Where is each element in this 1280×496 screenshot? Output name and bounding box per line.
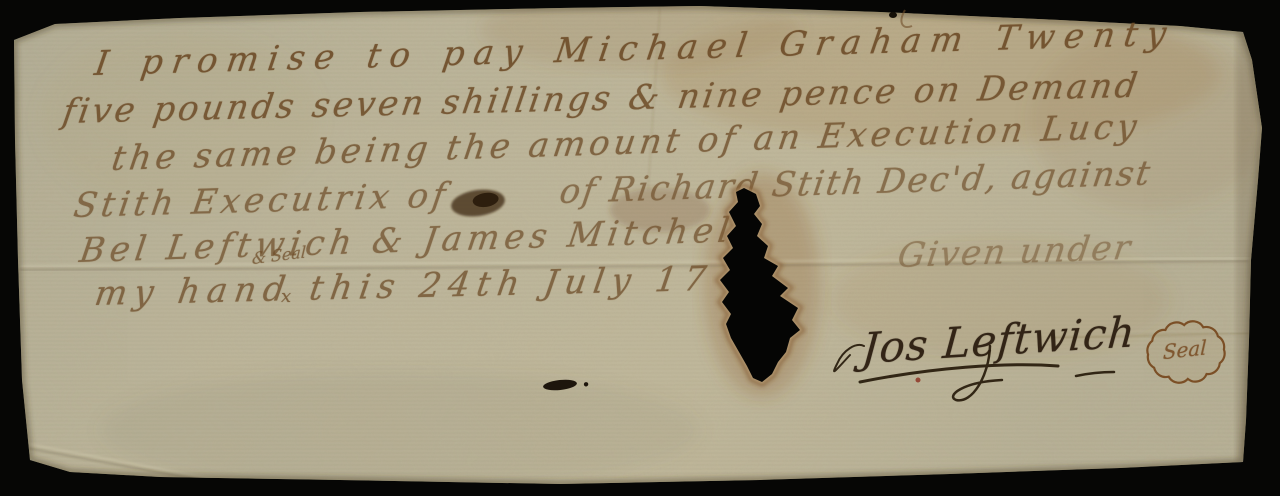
manuscript-text: I promise to pay Michael Graham Twenty f… <box>0 0 1280 496</box>
manuscript-line-5-right: Given under <box>895 228 1135 276</box>
manuscript-line-4-left: Stith Executrix of <box>71 175 452 226</box>
seal-text: Seal <box>1163 335 1207 364</box>
scanned-promissory-note: I promise to pay Michael Graham Twenty f… <box>0 0 1280 496</box>
insertion-caret: x <box>281 286 291 307</box>
